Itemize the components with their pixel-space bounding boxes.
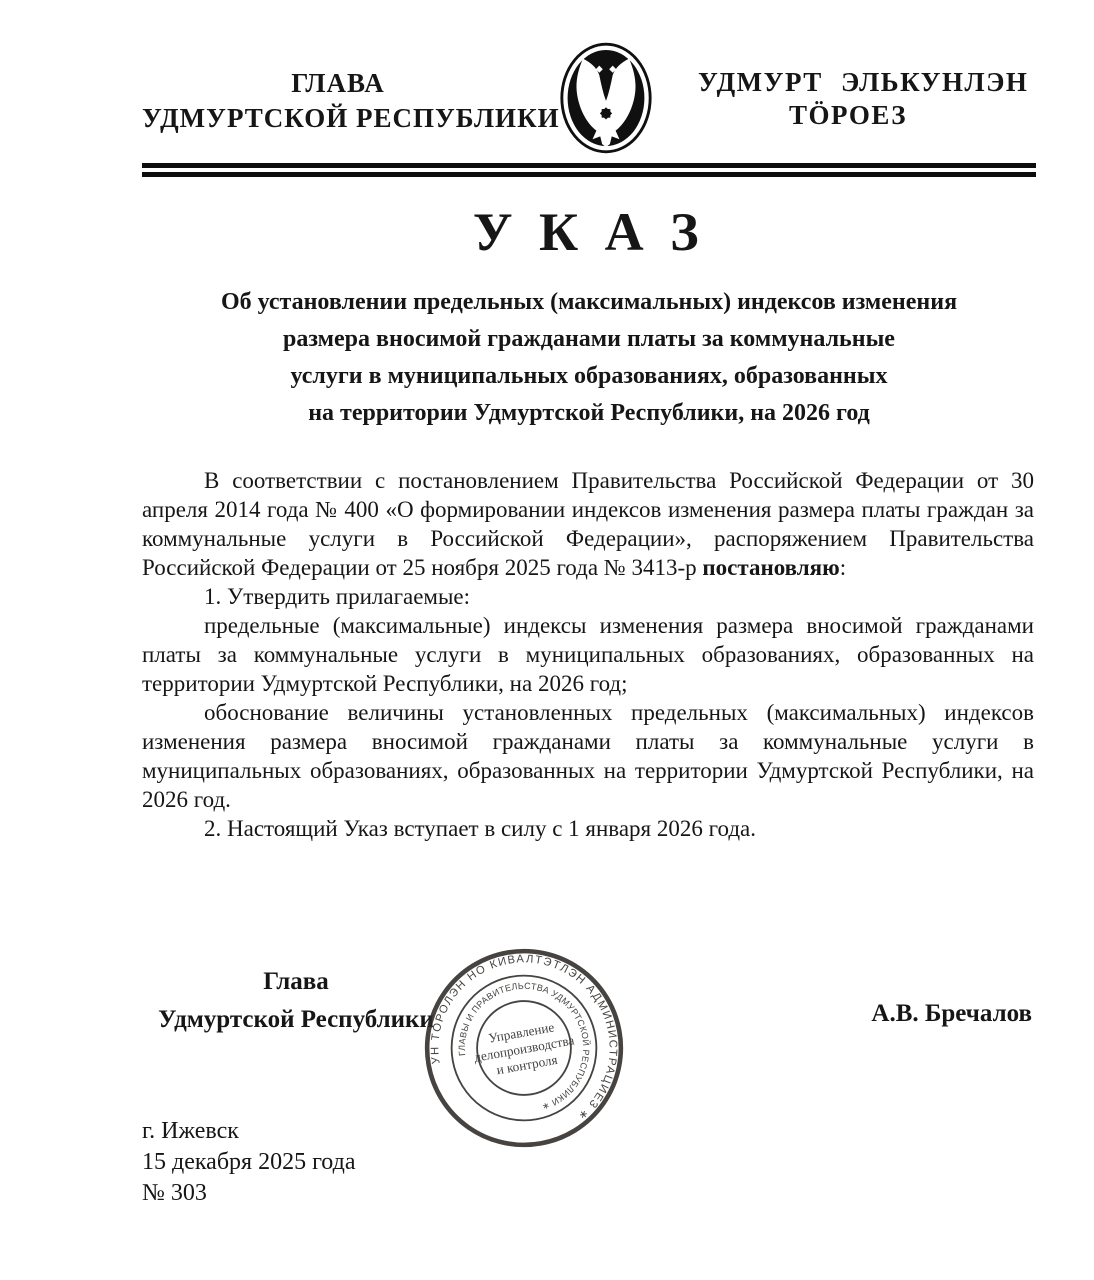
issuer-title-udmurt-line2: ТӦРОЕЗ xyxy=(698,99,998,132)
document-subject: Об установлении предельных (максимальных… xyxy=(142,284,1036,432)
signatory-name: А.В. Бречалов xyxy=(871,1000,1032,1028)
subject-line: размера вносимой гражданами платы за ком… xyxy=(142,321,1036,358)
preamble-paragraph: В соответствии с постановлением Правител… xyxy=(142,466,1034,582)
decree-document-page: ГЛАВА УДМУРТСКОЙ РЕСПУБЛИКИ УДМУРТ ЭЛЬКУ… xyxy=(0,0,1094,1280)
udmurtia-coat-of-arms-icon xyxy=(558,39,654,157)
issuer-title-udmurt: УДМУРТ ЭЛЬКУНЛЭН ТӦРОЕЗ xyxy=(698,66,998,132)
rule-bar-bottom xyxy=(142,172,1036,177)
issuance-block: г. Ижевск 15 декабря 2025 года № 303 xyxy=(142,1116,355,1209)
header-double-rule xyxy=(142,163,1036,177)
document-body: В соответствии с постановлением Правител… xyxy=(142,466,1034,843)
preamble-text: В соответствии с постановлением Правител… xyxy=(142,468,1034,580)
signatory-position-line2: Удмуртской Республики xyxy=(146,1001,446,1039)
issuer-title-line2: УДМУРТСКОЙ РЕСПУБЛИКИ xyxy=(142,101,534,136)
issuance-city: г. Ижевск xyxy=(142,1116,355,1147)
document-number: № 303 xyxy=(142,1178,355,1209)
subject-line: на территории Удмуртской Республики, на … xyxy=(142,395,1036,432)
issuer-title-russian: ГЛАВА УДМУРТСКОЙ РЕСПУБЛИКИ xyxy=(142,66,534,136)
clause-1: 1. Утвердить прилагаемые: xyxy=(142,582,1034,611)
decree-verb-bold: постановляю xyxy=(702,555,839,580)
preamble-colon: : xyxy=(840,555,846,580)
issuance-date: 15 декабря 2025 года xyxy=(142,1147,355,1178)
subject-line: Об установлении предельных (максимальных… xyxy=(142,284,1036,321)
subject-line: услуги в муниципальных образованиях, обр… xyxy=(142,358,1036,395)
clause-1-justification: обоснование величины установленных преде… xyxy=(142,698,1034,814)
issuer-title-udmurt-line1: УДМУРТ ЭЛЬКУНЛЭН xyxy=(698,66,998,99)
issuer-title-line1: ГЛАВА xyxy=(142,66,534,101)
clause-2: 2. Настоящий Указ вступает в силу с 1 ян… xyxy=(142,814,1034,843)
official-round-stamp: УДМУРТ ЭЛЬКУН ТӦРОЛЭН НО КИВАЛТЭТЛЭН АДМ… xyxy=(419,943,629,1153)
signatory-position: Глава Удмуртской Республики xyxy=(146,963,446,1039)
signatory-position-line1: Глава xyxy=(146,963,446,1001)
rule-bar-top xyxy=(142,163,1036,168)
clause-1-indices: предельные (максимальные) индексы измене… xyxy=(142,611,1034,698)
document-title: У К А З xyxy=(142,202,1036,262)
